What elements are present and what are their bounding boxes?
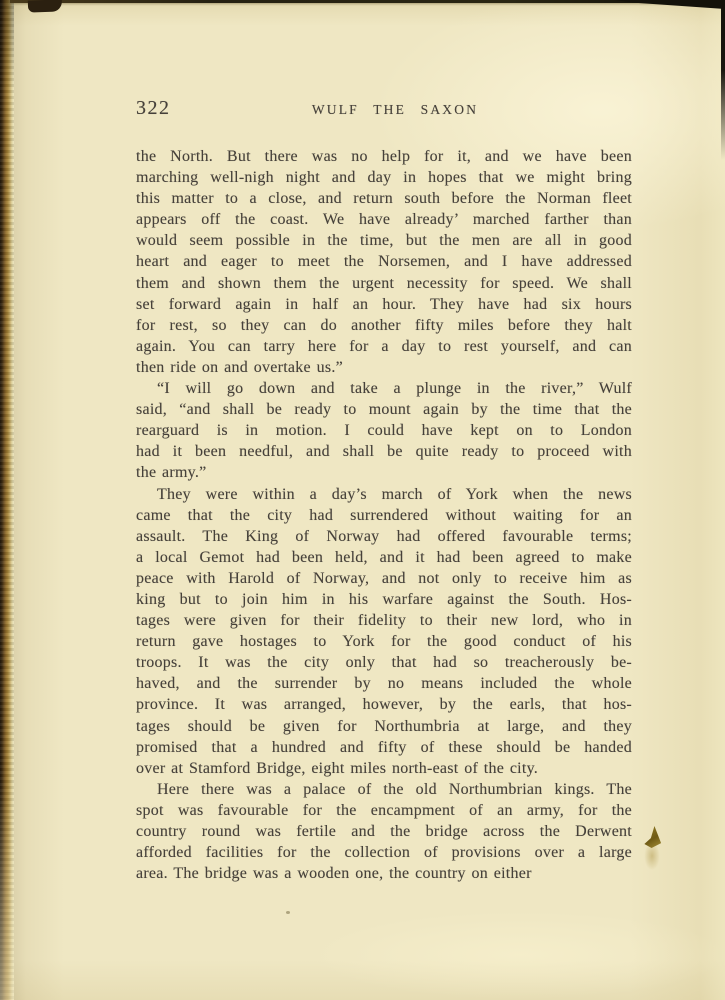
stain-mark xyxy=(638,822,666,880)
text-line: rearguard is in motion. I could have kep… xyxy=(136,420,632,441)
text-line: this matter to a close, and return south… xyxy=(136,188,632,209)
text-line: said, “and shall be ready to mount again… xyxy=(136,399,632,420)
paragraph: They were within a day’s march of York w… xyxy=(136,484,632,779)
page-text: the North. But there was no help for it,… xyxy=(136,146,632,884)
running-title: WULF THE SAXON xyxy=(206,102,632,118)
text-line: would seem possible in the time, but the… xyxy=(136,230,632,251)
text-line: tages should be given for Northumbria at… xyxy=(136,716,632,737)
page-header: 322 WULF THE SAXON xyxy=(136,97,632,120)
text-line: area. The bridge was a wooden one, the c… xyxy=(136,863,632,884)
text-line: province. It was arranged, however, by t… xyxy=(136,694,632,715)
text-line: tages were given for their fidelity to t… xyxy=(136,610,632,631)
text-line: return gave hostages to York for the goo… xyxy=(136,631,632,652)
text-line: the North. But there was no help for it,… xyxy=(136,146,632,167)
text-line: came that the city had surrendered witho… xyxy=(136,505,632,526)
binding-corner-notch xyxy=(28,0,62,13)
text-line: for rest, so they can do another fifty m… xyxy=(136,315,632,336)
text-line: assault. The King of Norway had offered … xyxy=(136,526,632,547)
page-top-edge xyxy=(10,0,725,3)
text-line: the army.” xyxy=(136,462,632,483)
page-number: 322 xyxy=(136,97,206,120)
ink-speck xyxy=(286,911,290,914)
text-line: country round was fertile and the bridge… xyxy=(136,821,632,842)
text-line: afforded facilities for the collection o… xyxy=(136,842,632,863)
paragraph: the North. But there was no help for it,… xyxy=(136,146,632,378)
text-line: “I will go down and take a plunge in the… xyxy=(136,378,632,399)
text-line: a local Gemot had been held, and it had … xyxy=(136,547,632,568)
text-line: appears off the coast. We have already’ … xyxy=(136,209,632,230)
text-line: haved, and the surrender by no means inc… xyxy=(136,673,632,694)
text-line: They were within a day’s march of York w… xyxy=(136,484,632,505)
text-line: them and shown them the urgent necessity… xyxy=(136,273,632,294)
book-binding-edge xyxy=(0,0,14,1000)
text-line: again. You can tarry here for a day to r… xyxy=(136,336,632,357)
book-page-scan: 322 WULF THE SAXON the North. But there … xyxy=(0,0,725,1000)
text-line: set forward again in half an hour. They … xyxy=(136,294,632,315)
text-line: promised that a hundred and fifty of the… xyxy=(136,737,632,758)
text-line: had it been needful, and shall be quite … xyxy=(136,441,632,462)
text-line: peace with Harold of Norway, and not onl… xyxy=(136,568,632,589)
photo-corner-shadow xyxy=(615,0,725,9)
text-line: spot was favourable for the encampment o… xyxy=(136,800,632,821)
text-line: then ride on and overtake us.” xyxy=(136,357,632,378)
text-line: heart and eager to meet the Norsemen, an… xyxy=(136,251,632,272)
page-right-edge-shadow xyxy=(721,0,725,160)
paragraph: Here there was a palace of the old North… xyxy=(136,779,632,884)
text-line: marching well-nigh night and day in hope… xyxy=(136,167,632,188)
text-line: Here there was a palace of the old North… xyxy=(136,779,632,800)
text-line: king but to join him in his warfare agai… xyxy=(136,589,632,610)
text-line: over at Stamford Bridge, eight miles nor… xyxy=(136,758,632,779)
text-line: troops. It was the city only that had so… xyxy=(136,652,632,673)
paragraph: “I will go down and take a plunge in the… xyxy=(136,378,632,483)
